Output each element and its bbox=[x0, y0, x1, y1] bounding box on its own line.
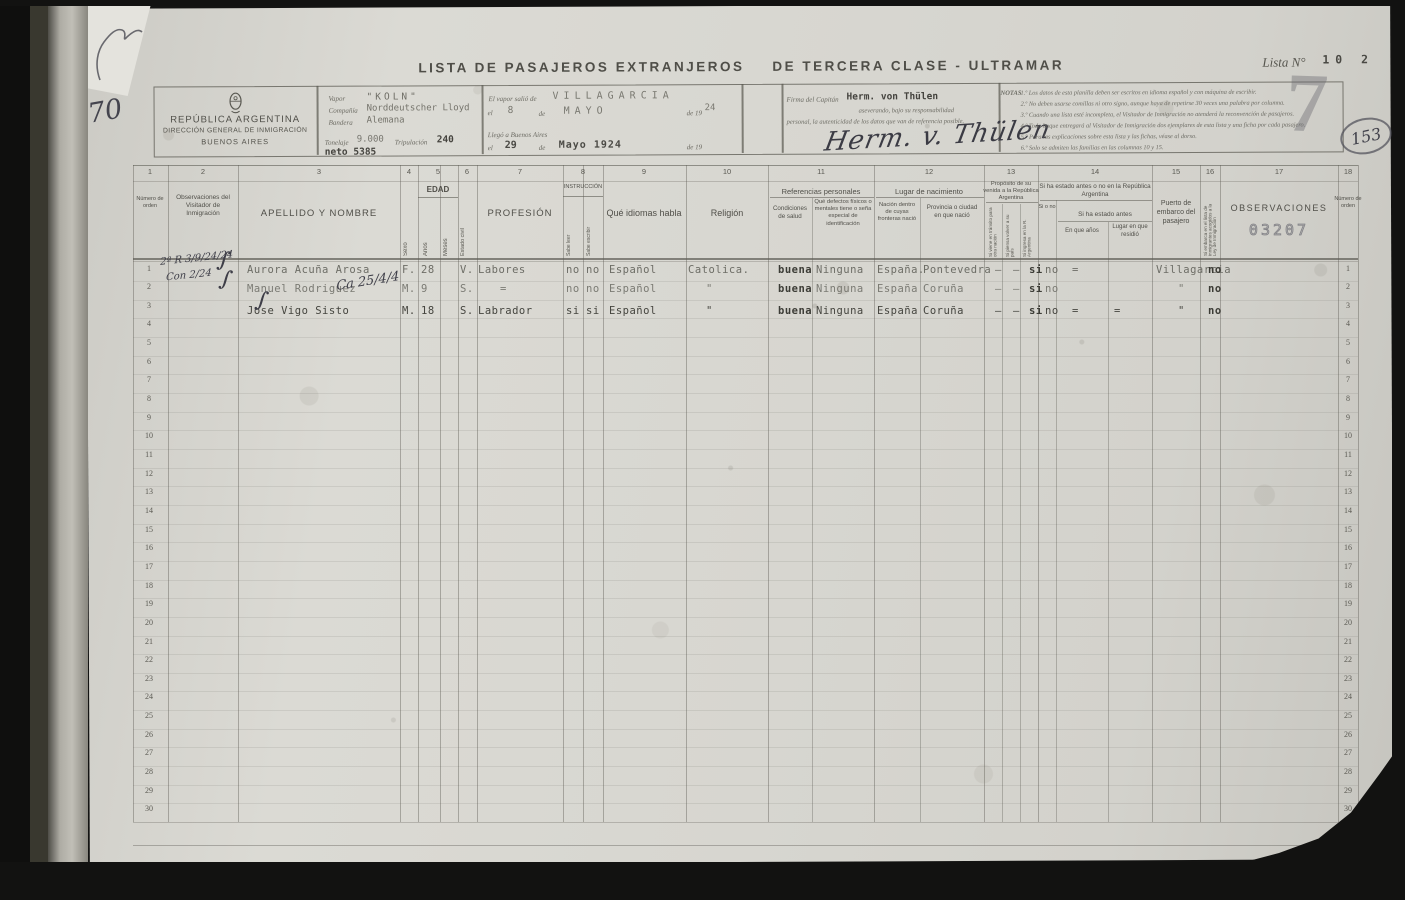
row-separator bbox=[133, 747, 1358, 748]
paper-sheet: LISTA DE PASAJEROS EXTRANJEROS DE TERCER… bbox=[86, 3, 1394, 865]
row-separator bbox=[133, 318, 1358, 319]
header-referencias-personales: Referencias personales bbox=[765, 187, 877, 196]
compania-value: Norddeutscher Lloyd bbox=[367, 104, 470, 114]
grid-vline bbox=[418, 165, 419, 822]
header-proposito-sub1: Si viene en tránsito para otra nación bbox=[989, 205, 998, 257]
row-number: 25 bbox=[1337, 711, 1359, 720]
row-number: 2 bbox=[1337, 282, 1359, 291]
cell-idiomas: Español bbox=[609, 305, 657, 317]
header-nacion: Nación dentro de cuyas fronteras nació bbox=[875, 202, 919, 224]
header-en-que-anos: En que años bbox=[1060, 228, 1104, 236]
grid-vline bbox=[440, 165, 441, 822]
header-numero-orden: Número de orden bbox=[131, 196, 169, 210]
cell-p2: – bbox=[1013, 305, 1020, 317]
de19b-label: de 19 bbox=[687, 143, 702, 152]
row-number: 9 bbox=[1337, 413, 1359, 422]
column-number: 7 bbox=[508, 167, 532, 176]
row-separator bbox=[133, 337, 1358, 338]
row-number: 10 bbox=[1337, 431, 1359, 440]
header-estado-civil: Estado civil bbox=[461, 204, 467, 256]
grid-hline bbox=[133, 822, 1358, 823]
cell-puerto: " bbox=[1178, 283, 1185, 295]
de-label: de bbox=[539, 110, 546, 119]
ink-squiggle bbox=[92, 20, 148, 84]
grid-hline bbox=[133, 181, 1358, 182]
row-number: 3 bbox=[138, 301, 160, 310]
cell-p1: – bbox=[995, 264, 1002, 276]
tripulacion-label: Tripulación bbox=[395, 138, 428, 147]
row-number: 15 bbox=[138, 525, 160, 534]
row-number: 30 bbox=[138, 804, 160, 813]
row-number: 20 bbox=[138, 618, 160, 627]
org-department: DIRECCIÓN GENERAL DE INMIGRACIÓN bbox=[154, 127, 317, 136]
row-number: 24 bbox=[1337, 692, 1359, 701]
salio-port: VILLAGARCIA bbox=[553, 90, 674, 102]
row-number: 16 bbox=[138, 543, 160, 552]
cell-provincia: Coruña bbox=[923, 283, 964, 295]
cell-p3: si bbox=[1029, 264, 1043, 276]
row-separator bbox=[133, 486, 1358, 487]
row-separator bbox=[133, 468, 1358, 469]
cell-antes: no bbox=[1045, 264, 1059, 276]
cell-provincia: Coruña bbox=[923, 305, 964, 317]
llego-label: Llegó a Buenos Aires bbox=[488, 131, 548, 140]
row-number: 2 bbox=[138, 282, 160, 291]
cell-nacion: España bbox=[877, 305, 918, 317]
row-separator bbox=[133, 356, 1358, 357]
row-number: 9 bbox=[138, 413, 160, 422]
row-number: 5 bbox=[138, 338, 160, 347]
de19-label: de 19 bbox=[687, 109, 702, 118]
cell-prof: Labrador bbox=[478, 305, 533, 317]
column-number: 17 bbox=[1267, 167, 1291, 176]
nota-item: 5.º Para las explicaciones sobre esta li… bbox=[1021, 133, 1197, 141]
row-number: 7 bbox=[138, 375, 160, 384]
column-number: 4 bbox=[397, 167, 421, 176]
cell-anos: 28 bbox=[421, 264, 435, 276]
grid-vline bbox=[1108, 222, 1109, 822]
cell-anos: 9 bbox=[421, 283, 428, 295]
cell-escribir: no bbox=[586, 283, 600, 295]
vapor-label: Vapor bbox=[329, 95, 346, 104]
cell-p2: – bbox=[1013, 283, 1020, 295]
header-si-ha-estado-antes: Si ha estado antes bbox=[1058, 211, 1152, 219]
cell-salud: buena bbox=[778, 264, 812, 276]
row-separator bbox=[133, 673, 1358, 674]
header-si-o-no: Si o no bbox=[1038, 204, 1056, 211]
column-number: 14 bbox=[1083, 167, 1107, 176]
header-defectos: Qué defectos físicos o mentales tiene o … bbox=[814, 199, 872, 228]
cell-nacion: España. bbox=[877, 264, 925, 276]
el2-label: el bbox=[488, 144, 493, 153]
page-title-right: DE TERCERA CLASE - ULTRAMAR bbox=[772, 58, 1052, 76]
cell-ficha: no bbox=[1208, 283, 1222, 295]
header-meses: Meses bbox=[443, 212, 449, 256]
row-separator bbox=[133, 542, 1358, 543]
nota-item: 6.º Solo se admiten las familias en las … bbox=[1021, 144, 1164, 152]
row-number: 11 bbox=[138, 450, 160, 459]
cell-religion: " bbox=[706, 305, 713, 317]
row-number: 23 bbox=[138, 674, 160, 683]
grid-hline bbox=[133, 261, 1358, 262]
cell-sexo: M. bbox=[402, 283, 416, 295]
cell-p3: si bbox=[1029, 305, 1043, 317]
tonelaje-value: 9.000 bbox=[357, 136, 384, 146]
column-number: 1 bbox=[138, 167, 162, 176]
cell-puerto: " bbox=[1178, 305, 1185, 317]
column-number: 18 bbox=[1336, 167, 1360, 176]
cell-p3: si bbox=[1029, 283, 1043, 295]
header-religion: Religión bbox=[687, 208, 767, 219]
box-divider bbox=[781, 84, 783, 153]
cell-en_anos: = bbox=[1072, 305, 1079, 317]
row-number: 7 bbox=[1337, 375, 1359, 384]
cell-estado: V. bbox=[460, 264, 474, 276]
cell-p1: – bbox=[995, 283, 1002, 295]
book-page-edges bbox=[48, 0, 88, 900]
cell-religion: Catolica. bbox=[688, 264, 749, 276]
header-numero-orden-right: Número de orden bbox=[1329, 196, 1367, 210]
scan-margin bbox=[0, 0, 1405, 6]
firma-label: Firma del Capitán bbox=[787, 96, 839, 105]
captain-line1: aseverando, bajo su responsabilidad bbox=[859, 107, 954, 115]
cell-antes: no bbox=[1045, 283, 1059, 295]
row-number: 27 bbox=[138, 748, 160, 757]
scanned-passenger-list: LISTA DE PASAJEROS EXTRANJEROS DE TERCER… bbox=[0, 0, 1405, 900]
row-number: 11 bbox=[1337, 450, 1359, 459]
cell-ficha: no bbox=[1208, 305, 1222, 317]
row-separator bbox=[133, 598, 1358, 599]
coat-of-arms-icon bbox=[228, 92, 244, 114]
row-number: 27 bbox=[1337, 748, 1359, 757]
header-puerto-embarco: Puerto de embarco del pasajero bbox=[1153, 200, 1199, 226]
header-lugar-nacimiento: Lugar de nacimiento bbox=[873, 187, 985, 196]
row-number: 4 bbox=[138, 319, 160, 328]
folio-number: 153 bbox=[1349, 124, 1383, 149]
grid-vline bbox=[238, 165, 239, 822]
header-instruccion: INSTRUCCIÓN bbox=[560, 184, 606, 191]
row-number: 6 bbox=[138, 357, 160, 366]
column-number: 2 bbox=[191, 167, 215, 176]
grid-hline bbox=[418, 197, 458, 198]
row-separator bbox=[133, 412, 1358, 413]
header-proposito-sub3: Si ingresa en la R. Argentina bbox=[1023, 205, 1032, 257]
salio-month: MAYO bbox=[564, 106, 608, 117]
cell-nacion: España bbox=[877, 283, 918, 295]
grid-vline bbox=[133, 165, 134, 822]
row-number: 19 bbox=[138, 599, 160, 608]
row-number: 29 bbox=[138, 786, 160, 795]
column-number: 13 bbox=[999, 167, 1023, 176]
cell-name: Aurora Acuña Arosa bbox=[247, 264, 370, 276]
column-number: 5 bbox=[426, 167, 450, 176]
cell-p2: – bbox=[1013, 264, 1020, 276]
column-number: 6 bbox=[455, 167, 479, 176]
cell-religion: " bbox=[706, 283, 713, 295]
row-separator bbox=[133, 561, 1358, 562]
header-anos: Años bbox=[423, 212, 429, 256]
compania-label: Compañía bbox=[329, 107, 358, 116]
grid-hline bbox=[133, 165, 1358, 166]
row-number: 12 bbox=[138, 469, 160, 478]
bandera-label: Bandera bbox=[329, 119, 353, 128]
row-number: 26 bbox=[138, 730, 160, 739]
cell-leer: si bbox=[566, 305, 580, 317]
row-separator bbox=[133, 393, 1358, 394]
row-number: 1 bbox=[138, 264, 160, 273]
cell-lugar: = bbox=[1114, 305, 1121, 317]
column-number: 9 bbox=[632, 167, 656, 176]
grid-vline bbox=[583, 165, 584, 822]
neto-value: neto 5385 bbox=[325, 148, 377, 159]
column-number: 11 bbox=[809, 167, 833, 176]
book-page-edges bbox=[30, 0, 48, 900]
tripulacion-value: 240 bbox=[437, 135, 454, 146]
header-profesion: PROFESIÓN bbox=[470, 208, 570, 220]
header-sexo: Sexo bbox=[403, 212, 409, 256]
header-ficha-inmigrante: Si embarca en el lista de inmigrantes ac… bbox=[1204, 196, 1218, 256]
notas-label: NOTAS bbox=[1001, 90, 1022, 98]
box-divider bbox=[481, 85, 483, 154]
org-city: BUENOS AIRES bbox=[154, 137, 317, 147]
scan-margin bbox=[0, 862, 1405, 900]
grid-vline bbox=[400, 165, 401, 822]
row-number: 10 bbox=[138, 431, 160, 440]
book-binding bbox=[0, 0, 88, 900]
row-number: 28 bbox=[1337, 767, 1359, 776]
header-edad: EDAD bbox=[416, 185, 460, 195]
margin-number: 70 bbox=[86, 93, 125, 129]
cell-ficha: no bbox=[1208, 264, 1222, 276]
nota-item: 2.º No deben usarse comillas ni otro sig… bbox=[1021, 100, 1285, 109]
column-number: 15 bbox=[1164, 167, 1188, 176]
grid-vline bbox=[563, 165, 564, 822]
row-separator bbox=[133, 766, 1358, 767]
scan-margin bbox=[1392, 0, 1405, 900]
grid-vline bbox=[603, 165, 604, 822]
el-label: el bbox=[488, 109, 493, 118]
row-number: 17 bbox=[138, 562, 160, 571]
row-number: 29 bbox=[1337, 786, 1359, 795]
cell-salud: buena bbox=[778, 305, 812, 317]
row-separator bbox=[133, 729, 1358, 730]
grid-vline bbox=[686, 165, 687, 822]
cell-en_anos: = bbox=[1072, 264, 1079, 276]
page-title-left: LISTA DE PASAJEROS EXTRANJEROS bbox=[418, 59, 738, 77]
row-number: 28 bbox=[138, 767, 160, 776]
vapor-value: "KOLN" bbox=[367, 92, 419, 103]
row-separator bbox=[133, 617, 1358, 618]
grid-vline bbox=[768, 165, 769, 822]
registry-stamp-number: 03207 bbox=[1234, 221, 1324, 239]
column-number: 16 bbox=[1198, 167, 1222, 176]
row-separator bbox=[133, 636, 1358, 637]
grid-hline bbox=[770, 197, 874, 198]
stamp-numeral: 7 bbox=[1285, 61, 1330, 146]
row-number: 15 bbox=[1337, 525, 1359, 534]
cell-prof: = bbox=[500, 283, 507, 295]
nota-item: 4.º Todo buque entregará al Visitador de… bbox=[1021, 122, 1306, 131]
captain-name: Herm. von Thülen bbox=[847, 92, 939, 103]
row-number: 21 bbox=[1337, 637, 1359, 646]
grid-hline bbox=[1058, 221, 1152, 222]
row-number: 23 bbox=[1337, 674, 1359, 683]
nota-item: 1.º Los datos de esta planilla deben ser… bbox=[1021, 89, 1257, 98]
row-separator bbox=[133, 785, 1358, 786]
grid-vline bbox=[874, 165, 875, 822]
row-number: 20 bbox=[1337, 618, 1359, 627]
box-divider bbox=[741, 84, 743, 153]
salio-day: 8 bbox=[508, 106, 514, 116]
header-apellido-nombre: APELLIDO Y NOMBRE bbox=[234, 208, 404, 220]
row-number: 24 bbox=[138, 692, 160, 701]
row-number: 6 bbox=[1337, 357, 1359, 366]
lista-number-value: 10 2 bbox=[1322, 53, 1374, 66]
header-sabe-leer: Sabe leer bbox=[567, 210, 572, 256]
header-estado-antes: Si ha estado antes o no en la República … bbox=[1039, 183, 1151, 199]
grid-hline bbox=[876, 197, 984, 198]
nota-item: 3.º Cuando una lista esté incompleta, el… bbox=[1021, 111, 1295, 120]
cell-escribir: no bbox=[586, 264, 600, 276]
column-number: 10 bbox=[715, 167, 739, 176]
row-number: 16 bbox=[1337, 543, 1359, 552]
salio-label: El vapor salió de bbox=[489, 95, 537, 104]
row-separator bbox=[133, 524, 1358, 525]
cell-idiomas: Español bbox=[609, 283, 657, 295]
row-number: 3 bbox=[1337, 301, 1359, 310]
cell-prof: Labores bbox=[478, 264, 526, 276]
row-number: 12 bbox=[1337, 469, 1359, 478]
header-lugar-residio: Lugar en que residió bbox=[1108, 224, 1152, 239]
row-number: 14 bbox=[138, 506, 160, 515]
header-observaciones-visitador: Observaciones del Visitador de Inmigraci… bbox=[170, 194, 236, 218]
cell-sexo: M. bbox=[402, 305, 416, 317]
cell-anos: 18 bbox=[421, 305, 435, 317]
row-number: 26 bbox=[1337, 730, 1359, 739]
row-number: 13 bbox=[138, 487, 160, 496]
org-country: REPÚBLICA ARGENTINA bbox=[154, 114, 317, 126]
row-number: 21 bbox=[138, 637, 160, 646]
bandera-value: Alemana bbox=[367, 116, 405, 126]
cell-leer: no bbox=[566, 264, 580, 276]
header-proposito: Propósito de su venida a la República Ar… bbox=[983, 181, 1039, 203]
row-number: 22 bbox=[138, 655, 160, 664]
llego-month: Mayo 1924 bbox=[559, 140, 622, 151]
row-separator bbox=[133, 803, 1358, 804]
row-separator bbox=[133, 710, 1358, 711]
row-number: 18 bbox=[138, 581, 160, 590]
row-number: 14 bbox=[1337, 506, 1359, 515]
cell-provincia: Pontevedra bbox=[923, 264, 991, 276]
row-number: 4 bbox=[1337, 319, 1359, 328]
row-separator bbox=[133, 374, 1358, 375]
row-separator bbox=[133, 654, 1358, 655]
cell-salud: buena bbox=[778, 283, 812, 295]
cell-idiomas: Español bbox=[609, 264, 657, 276]
row-number: 8 bbox=[138, 394, 160, 403]
cell-estado: S. bbox=[460, 283, 474, 295]
observaciones-header: OBSERVACIONES bbox=[1224, 203, 1334, 214]
row-number: 19 bbox=[1337, 599, 1359, 608]
row-separator bbox=[133, 580, 1358, 581]
grid-hline bbox=[563, 196, 603, 197]
cell-antes: no bbox=[1045, 305, 1059, 317]
grid-vline bbox=[458, 165, 459, 822]
row-number: 22 bbox=[1337, 655, 1359, 664]
row-number: 25 bbox=[138, 711, 160, 720]
row-separator bbox=[133, 430, 1358, 431]
row-number: 13 bbox=[1337, 487, 1359, 496]
row-number: 1 bbox=[1337, 264, 1359, 273]
grid-hline bbox=[1040, 200, 1152, 201]
column-number: 3 bbox=[307, 167, 331, 176]
cell-p1: – bbox=[995, 305, 1002, 317]
grid-hline bbox=[133, 258, 1358, 260]
header-proposito-sub2: Si piensa volver a su país bbox=[1006, 205, 1015, 257]
row-separator bbox=[133, 300, 1358, 301]
row-separator bbox=[133, 449, 1358, 450]
grid-vline bbox=[1152, 165, 1153, 822]
row-number: 18 bbox=[1337, 581, 1359, 590]
row-number: 17 bbox=[1337, 562, 1359, 571]
row-separator bbox=[133, 691, 1358, 692]
llego-day: 29 bbox=[505, 140, 517, 151]
cell-defectos: Ninguna bbox=[816, 305, 864, 317]
row-separator bbox=[133, 505, 1358, 506]
row-number: 5 bbox=[1337, 338, 1359, 347]
cell-defectos: Ninguna bbox=[816, 264, 864, 276]
salio-year: 24 bbox=[705, 104, 716, 114]
grid-hline bbox=[133, 845, 1358, 846]
header-idiomas: Qué idiomas habla bbox=[589, 208, 699, 219]
column-number: 12 bbox=[917, 167, 941, 176]
column-number: 8 bbox=[571, 167, 595, 176]
cell-escribir: si bbox=[586, 305, 600, 317]
cell-leer: no bbox=[566, 283, 580, 295]
cell-sexo: F. bbox=[402, 264, 416, 276]
header-provincia: Provincia o ciudad en que nació bbox=[924, 204, 980, 220]
header-condiciones-salud: Condiciones de salud bbox=[769, 205, 811, 221]
de2-label: de bbox=[539, 144, 546, 153]
row-number: 8 bbox=[1337, 394, 1359, 403]
cell-estado: S. bbox=[460, 305, 474, 317]
cell-defectos: Ninguna bbox=[816, 283, 864, 295]
